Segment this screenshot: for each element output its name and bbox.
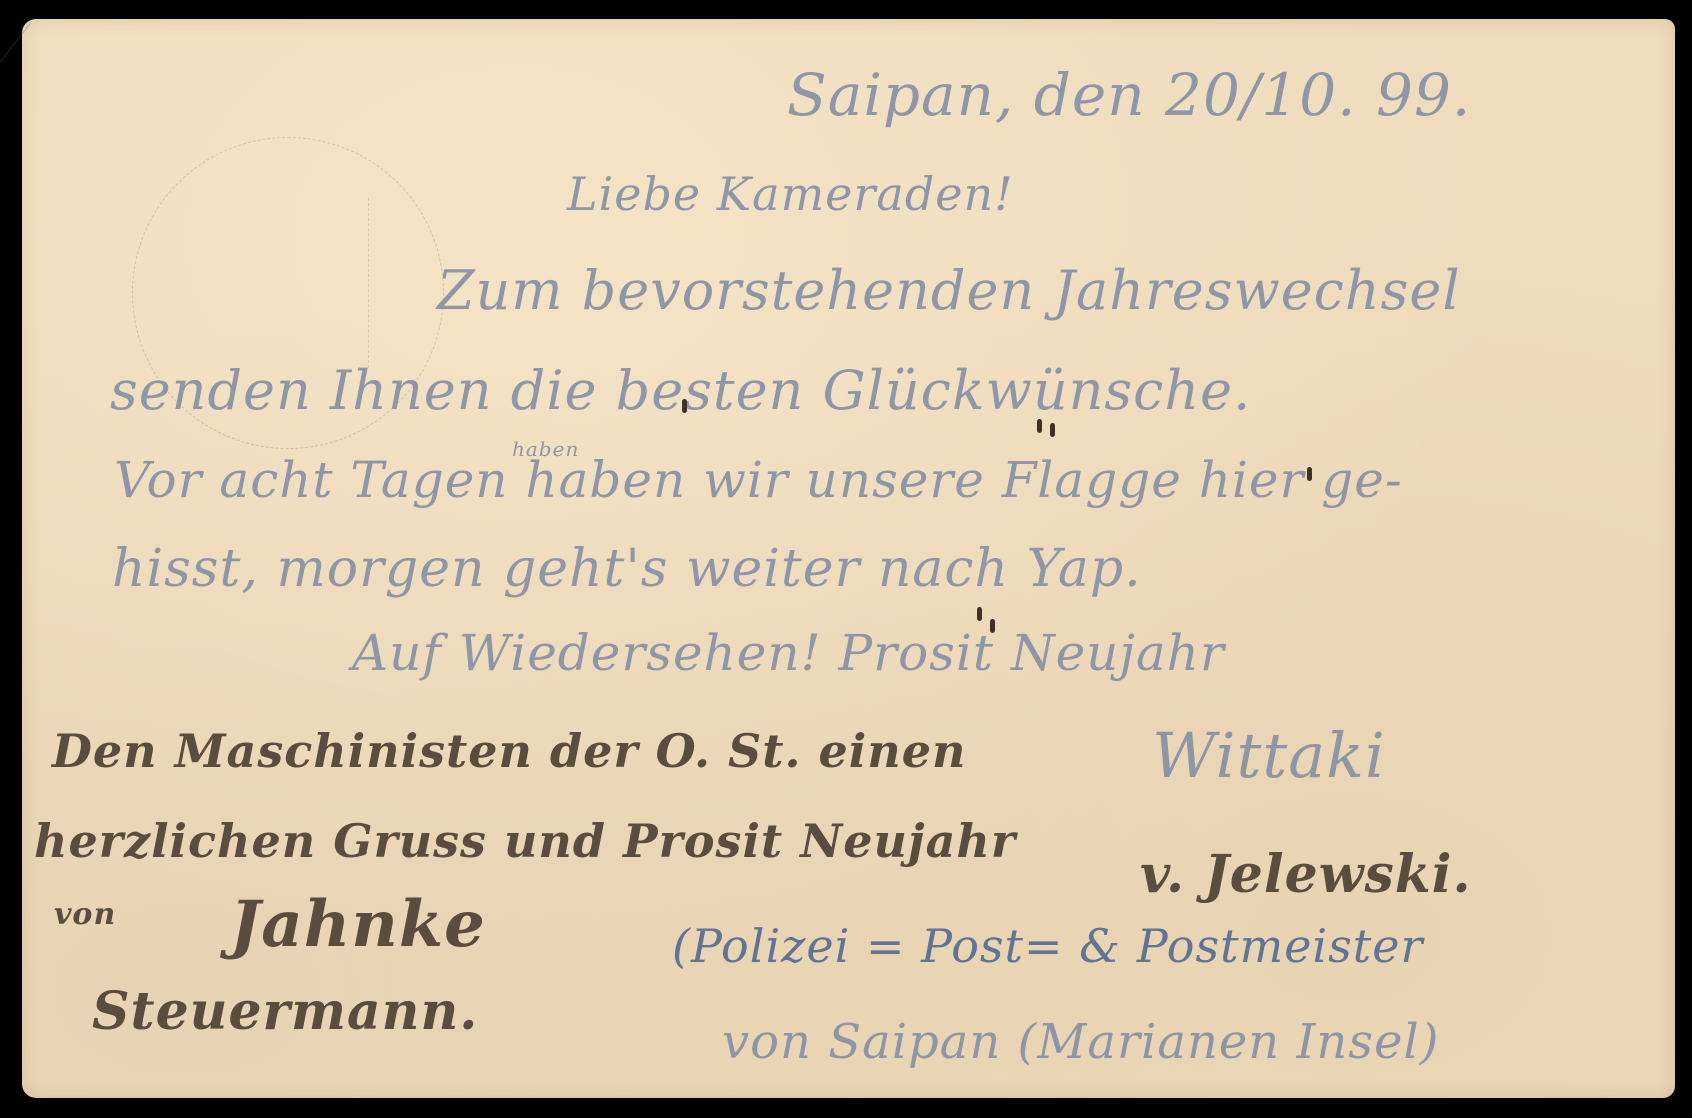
location-line: von Saipan (Marianen Insel)	[722, 1014, 1439, 1070]
place-date-line: Saipan, den 20/10. 99.	[787, 61, 1471, 129]
corner-pencil-mark	[0, 23, 86, 114]
signature-rank: Steuermann.	[92, 981, 478, 1042]
salutation: Liebe Kameraden!	[567, 167, 1014, 221]
ink-spot	[977, 607, 982, 621]
signature-jahnke: Jahnke	[230, 887, 486, 962]
message-line-5: Auf Wiedersehen! Prosit Neujahr	[352, 624, 1225, 682]
message-line-4: hisst, morgen geht's weiter nach Yap.	[112, 539, 1142, 599]
ink-line-2: herzlichen Gruss und Prosit Neujahr	[34, 814, 1016, 868]
signature-wittaki: Wittaki	[1152, 719, 1386, 792]
ink-from-prefix: von	[54, 897, 116, 932]
ink-spot	[990, 619, 995, 633]
ink-spot	[682, 399, 687, 413]
ink-spot	[1037, 419, 1042, 433]
ink-spot	[1307, 467, 1312, 481]
ink-line-1: Den Maschinisten der O. St. einen	[52, 724, 966, 778]
message-line-1: Zum bevorstehenden Jahreswechsel	[437, 259, 1461, 322]
postcard: Saipan, den 20/10. 99. Liebe Kameraden! …	[22, 19, 1675, 1098]
role-line: (Polizei = Post= & Postmeister	[672, 919, 1423, 973]
signature-jelewski: v. Jelewski.	[1140, 844, 1472, 905]
postmark-inner-line	[228, 198, 369, 368]
message-line-3: Vor acht Tagen haben wir unsere Flagge h…	[114, 451, 1403, 509]
ink-spot	[1050, 423, 1055, 437]
message-line-2: senden Ihnen die besten Glückwünsche.	[110, 359, 1251, 422]
